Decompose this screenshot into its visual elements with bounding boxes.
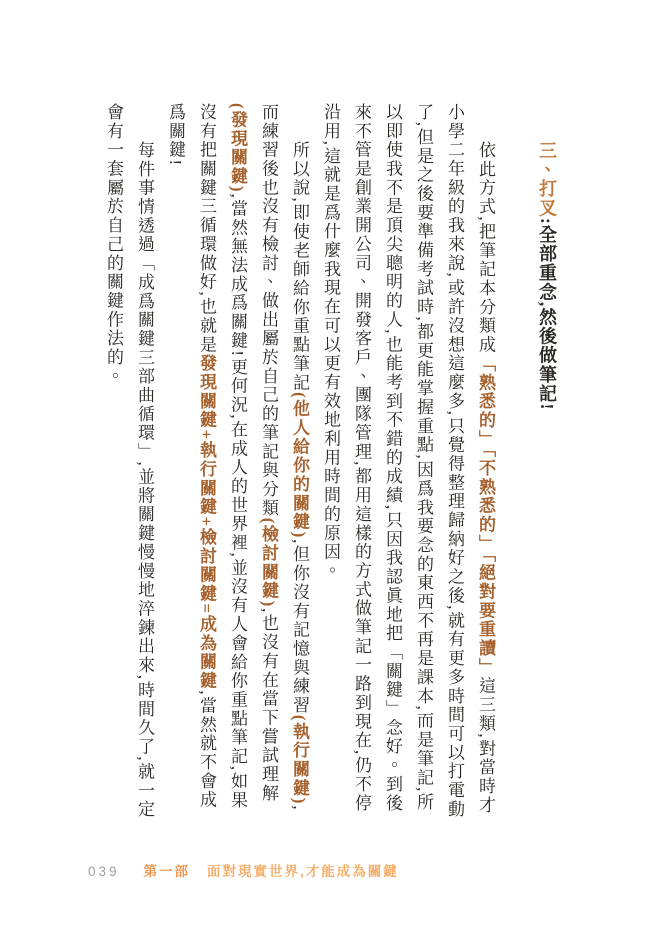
heading-subtitle: :全部重念,然後做筆記!	[537, 218, 557, 411]
body-text: 所以說,即使老師給你重點筆記	[290, 141, 309, 392]
paragraphs: 依此方式,把筆記本分類成「熟悉的」「不熟悉的」「絕對要重讀」這三類,對當時才小學…	[98, 103, 501, 821]
highlight-text: 「熟悉的」	[476, 354, 495, 448]
body-text: 這三類,對當時才小學二年級的我來說,或許沒想這麼多,只覺得整理歸納好之後,就有更…	[321, 103, 495, 819]
paragraph: 所以說,即使老師給你重點筆記(他人給你的關鍵),但你沒有記憶與練習(執行關鍵),…	[160, 103, 315, 821]
highlight-text: (他人給你的關鍵)	[290, 392, 309, 539]
section-heading: 三、打叉:全部重念,然後做筆記!	[531, 103, 562, 821]
paragraph: 每件事情透過「成爲關鍵三部曲循環」,並將關鍵慢慢地淬鍊出來,時間久了,就一定會有…	[98, 103, 160, 821]
body-text: 每件事情透過「成爲關鍵三部曲循環」,並將關鍵慢慢地淬鍊出來,時間久了,就一定會有…	[104, 103, 154, 819]
body-text: ,但你沒有記憶與練習	[290, 539, 309, 715]
highlight-text: 「絕對要重讀」	[476, 553, 495, 676]
page-footer: 039 第一部 面對現實世界,才能成為關鍵	[88, 860, 399, 880]
highlight-text: (檢討關鍵)	[259, 518, 278, 608]
highlight-text: (執行關鍵)	[290, 715, 309, 805]
paragraph: 依此方式,把筆記本分類成「熟悉的」「不熟悉的」「絕對要重讀」這三類,對當時才小學…	[315, 103, 501, 821]
highlight-text: (發現關鍵)	[228, 103, 247, 193]
body-text-block: 三、打叉:全部重念,然後做筆記! 依此方式,把筆記本分類成「熟悉的」「不熟悉的」…	[98, 103, 562, 821]
running-head: 面對現實世界,才能成為關鍵	[207, 860, 399, 880]
body-text: ,也沒有在當下嘗試理解	[259, 608, 278, 803]
highlight-text: 發現關鍵+執行關鍵+檢討關鍵=成為關鍵	[197, 354, 216, 690]
part-label: 第一部	[144, 860, 191, 880]
body-text: 依此方式,把筆記本分類成	[476, 141, 495, 354]
page-number: 039	[88, 864, 120, 879]
heading-number: 三、打叉	[537, 141, 557, 218]
highlight-text: 「不熟悉的」	[476, 449, 495, 554]
book-page: 三、打叉:全部重念,然後做筆記! 依此方式,把筆記本分類成「熟悉的」「不熟悉的」…	[0, 0, 663, 932]
